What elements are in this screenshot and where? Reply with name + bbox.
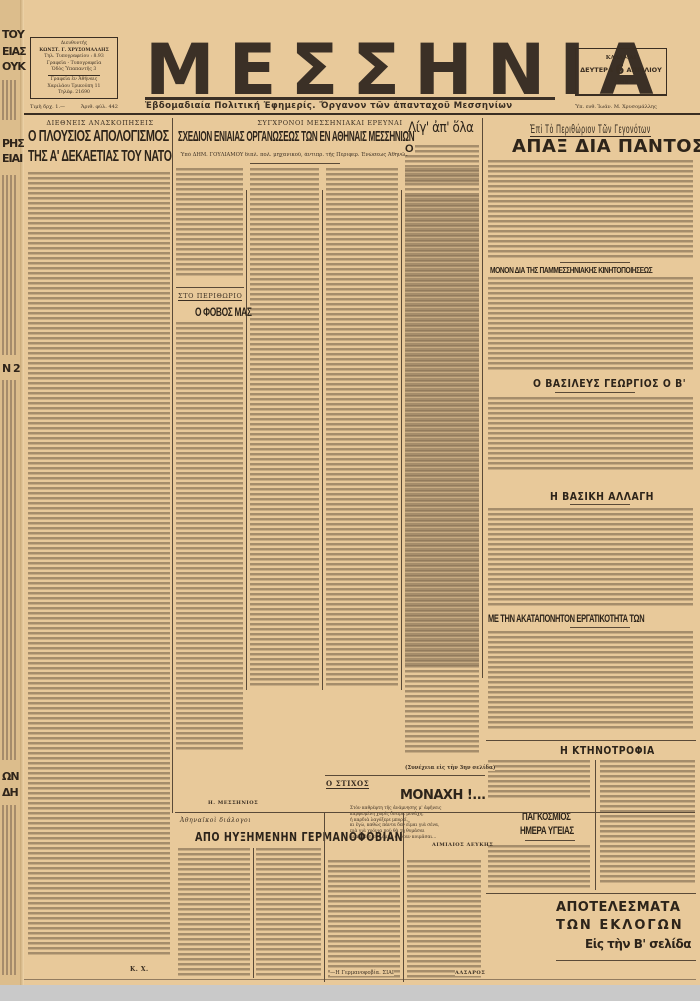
livestock-text-col2 — [600, 760, 695, 885]
publisher-label: Διευθυντής — [31, 41, 117, 48]
section-rule — [570, 627, 630, 628]
spine-text-block — [2, 805, 18, 975]
fear-kicker: ΣΤΟ ΠΕΡΙΘΩΡΙΟ — [178, 292, 242, 301]
poem-headline: ΜΟΝΑΧΗ !... — [400, 788, 486, 803]
newspaper-subtitle: Ἑβδομαδιαία Πολιτική Ἐφημερίς. Ὄργανον τ… — [145, 101, 555, 111]
elections-line-1: ΑΠΟΤΕΛΕΣΜΑΤΑ — [556, 900, 680, 915]
once-headline: ΑΠΑΞ ΔΙΑ ΠΑΝΤΟΣ — [512, 136, 700, 157]
masthead-divider — [24, 113, 700, 115]
basic-change-body-text — [488, 508, 693, 608]
germanophobia-text-col2 — [256, 848, 321, 978]
king-headline: Ο ΒΑΣΙΛΕΥΣ ΓΕΩΡΓΙΟΣ Ο Β' — [533, 377, 686, 390]
section-rule — [175, 812, 695, 813]
organization-text-col1 — [176, 168, 243, 278]
issue-number: Ἀριθ. φύλ. 442 — [81, 104, 118, 110]
germanophobia-headline: ΑΠΟ ΗΥΞΗΜΕΝΗΝ ΓΕΡΜΑΝΟΦΟΒΙΑΝ — [195, 830, 403, 844]
basic-change-headline: Η ΒΑΣΙΚΗ ΑΛΛΑΓΗ — [550, 490, 654, 503]
elections-line-3: Εἰς τὴν Β' σελίδα — [585, 937, 691, 951]
germanophobia-closing: —Η Γερμανοφοβία. ΣΙΑΙ — [330, 970, 394, 976]
workers-body-text — [488, 631, 693, 731]
spine-fragment: Ν 2 — [2, 362, 20, 375]
newspaper-title: ΜΕΣΣΗΝΙΑ — [145, 36, 555, 104]
germanophobia-text-col3 — [328, 860, 400, 980]
spine-text-block — [2, 380, 18, 760]
section-rule — [570, 504, 630, 505]
column-rule — [322, 190, 323, 690]
athens-office-phone: Τηλέφ. 21690 — [31, 90, 117, 97]
athens-office-label: Γραφεῖα ἐν Ἀθήναις — [31, 77, 117, 84]
nato-signature: Κ. Χ. — [130, 966, 149, 973]
owner-line: Ὑπ. ευθ. Ἰωάν. Μ. Χρυσομάλλης — [575, 104, 657, 110]
column-rule — [253, 848, 254, 978]
livestock-text-col1 — [488, 760, 590, 800]
publisher-box: Διευθυντής ΚΩΝΣΤ. Γ. ΧΡΥΣΟΜΑΛΛΗΣ Τηλ. Τυ… — [30, 37, 118, 99]
section-rule — [525, 840, 575, 841]
spine-fragment: ΩΝ — [2, 770, 19, 783]
once-body-text-2 — [488, 277, 693, 372]
page-bottom-rule — [24, 979, 696, 980]
nato-headline-2: ΤΗΣ Α' ΔΕΚΑΕΤΙΑΣ ΤΟΥ ΝΑΤΟ — [28, 148, 172, 166]
title-rule — [145, 97, 555, 100]
section-rule — [176, 287, 244, 288]
once-kicker: Ἐπὶ Τὸ Περιθώριον Τῶν Γεγονότων — [530, 122, 651, 137]
poem-author: ΑΙΜΙΛΙΟΣ ΛΕΥΚΗΣ — [432, 842, 493, 848]
newspaper-page: ΤΟΥ ΕΙΑΣ ΟΥΚ ΡΗΣ ΕΙΑΙ Ν 2 ΩΝ ΔΗ Διευθυντ… — [0, 0, 700, 985]
livestock-headline: Η ΚΤΗΝΟΤΡΟΦΙΑ — [560, 744, 655, 757]
divider — [48, 75, 100, 76]
column-rule — [324, 812, 325, 982]
nato-kicker: ΔΙΕΘΝΕΙΣ ΑΝΑΣΚΟΠΗΣΕΙΣ — [30, 119, 170, 127]
organization-text-col2 — [250, 168, 319, 688]
publisher-phone: Τηλ. Τυπογραφείου : 8.93 — [31, 54, 117, 61]
date-box: ΚΑΛΑΜΑΙ ΔΕΥΤΕΡΑ 6 ΑΠΡΙΛΙΟΥ 1959 — [575, 48, 667, 96]
date-line: ΔΕΥΤΕΡΑ 6 ΑΠΡΙΛΙΟΥ — [576, 64, 666, 77]
nato-headline-1: Ο ΠΛΟΥΣΙΟΣ ΑΠΟΛΟΓΙΣΜΟΣ — [28, 128, 169, 146]
misc-headline: Λίγ' ἀπ' ὅλα — [408, 120, 473, 136]
germanophobia-kicker: Ἀθηναϊκοὶ διάλογοι — [180, 817, 251, 824]
organization-text-col3 — [326, 168, 398, 688]
spine-fragment: ΡΗΣ — [2, 137, 24, 150]
poem-kicker: Ο ΣΤΙΧΟΣ — [326, 779, 369, 789]
column-rule — [246, 190, 247, 690]
misc-continued: (Συνέχεια εἰς τὴν 3ην σελίδα) — [405, 765, 495, 771]
price-row: Τιμὴ δρχ. 1.— Ἀριθ. φύλ. 442 — [30, 104, 118, 110]
section-rule — [486, 893, 696, 894]
column-rule — [401, 190, 402, 690]
germanophobia-text-col1 — [178, 848, 250, 978]
elections-line-2: ΤΩΝ ΕΚΛΟΓΩΝ — [556, 918, 684, 933]
fear-headline: Ο ΦΟΒΟΣ ΜΑΣ — [195, 305, 252, 319]
year: 1959 — [576, 77, 666, 89]
section-rule — [486, 740, 696, 741]
section-rule — [325, 775, 485, 776]
misc-intro-text — [405, 145, 479, 185]
publisher-address: Ὁδὸς Ὑπαπαντῆς 3 — [31, 67, 117, 74]
byline-rule — [250, 163, 340, 164]
column-rule — [482, 118, 483, 678]
germanophobia-text-col4 — [407, 860, 481, 980]
weekday: ΔΕΥΤΕΡΑ — [580, 66, 613, 74]
misc-body-text — [405, 195, 479, 755]
column-rule — [172, 118, 173, 813]
fear-body-text — [176, 322, 243, 752]
section-rule — [560, 262, 630, 263]
price: Τιμὴ δρχ. 1.— — [30, 104, 65, 110]
spine-text-block — [2, 175, 18, 355]
column-rule — [595, 760, 596, 890]
column-rule — [403, 812, 404, 982]
spine-fragment: ΕΙΑΙ — [2, 152, 22, 165]
section-rule — [555, 392, 635, 393]
month: ΑΠΡΙΛΙΟΥ — [627, 66, 662, 74]
day-number: 6 — [615, 63, 624, 78]
spine-fragment: ΕΙΑΣ — [2, 45, 26, 58]
health-day-body-text — [488, 845, 590, 890]
once-subhead: ΜΟΝΟΝ ΔΙΑ ΤΗΣ ΠΑΜΜΕΣΣΗΝΙΑΚΗΣ ΚΙΝΗΤΟΠΟΙΗΣ… — [490, 265, 652, 275]
spine-text-block — [2, 80, 18, 120]
spine-fragment: ΤΟΥ — [2, 28, 24, 41]
germanophobia-signature: ΑΛΣΑΡΟΣ — [455, 970, 485, 976]
spine-fragment: ΟΥΚ — [2, 60, 25, 73]
spine-fragment: ΔΗ — [2, 786, 18, 799]
misc-dropcap: Ο — [405, 143, 415, 155]
workers-headline: ΜΕ ΤΗΝ ΑΚΑΤΑΠΟΝΗΤΟΝ ΕΡΓΑΤΙΚΟΤΗΤΑ ΤΩΝ — [488, 613, 644, 625]
nato-body-text — [28, 172, 170, 957]
health-day-headline-2: ΗΜΕΡΑ ΥΓΕΙΑΣ — [520, 825, 574, 837]
fear-signature: Η. ΜΕΣΣΗΝΙΟΣ — [208, 800, 258, 806]
organization-headline: ΣΧΕΔΙΟΝ ΕΝΙΑΙΑΣ ΟΡΓΑΝΩΣΕΩΣ ΤΩΝ ΕΝ ΑΘΗΝΑΙ… — [178, 128, 414, 145]
once-body-text — [488, 160, 693, 260]
section-rule — [556, 960, 696, 961]
king-body-text — [488, 397, 693, 472]
